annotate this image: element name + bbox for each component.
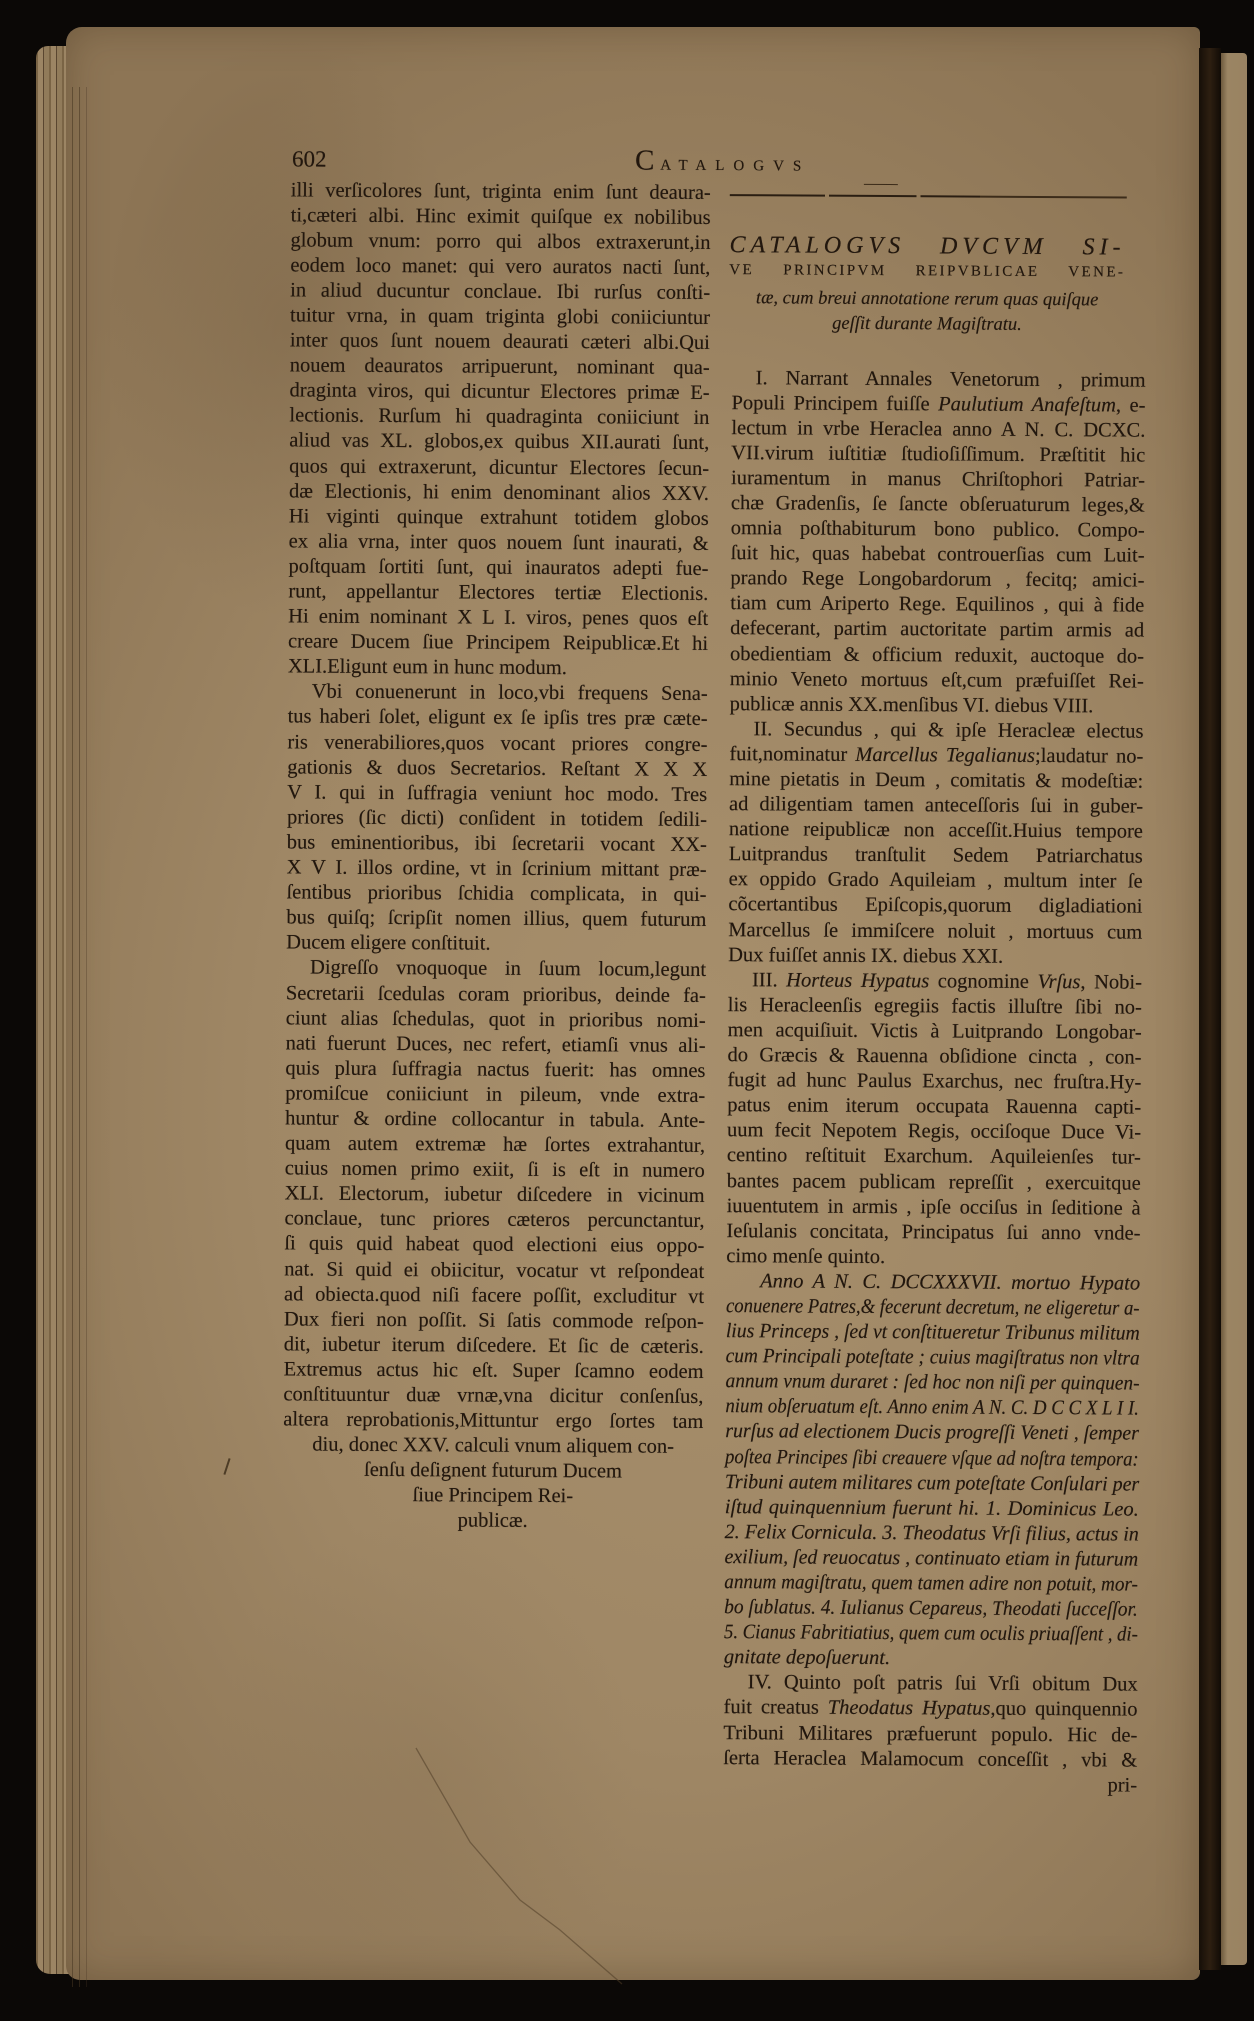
- text-run: fuit creatus: [723, 1697, 827, 1720]
- text-run: Populi Principem fuiſſe: [731, 392, 938, 415]
- text-line: mine pietatis in Deum , comitatis & mode…: [729, 767, 1143, 795]
- text-line: inter quos ſunt nouem deaurati cæteri al…: [290, 328, 710, 356]
- text-line: eodem loco manet: qui vero auratos nacti…: [290, 253, 710, 281]
- text-line: conſtituuntur duæ vrnæ,vna dicitur conſe…: [283, 1382, 703, 1410]
- text-line: 2. Felix Cornicula. 3. Theodatus Vrſi fi…: [725, 1520, 1130, 1548]
- italic-proper-name: Marcellus Tegalianus: [855, 744, 1035, 767]
- text-line: Marcellus ſe immiſcere noluit , mortuus …: [728, 918, 1142, 946]
- text-run: , e-: [1116, 394, 1146, 416]
- text-run: cognomine: [929, 970, 1037, 993]
- paragraph: IV. Quinto poſt patris ſui Vrſi obitum D…: [723, 1670, 1138, 1798]
- text-line: conuenere Patres,& fecerunt decretum, ne…: [726, 1294, 1104, 1321]
- text-line: ſi quis quid habeat quod electioni eius …: [284, 1232, 704, 1260]
- text-line: ſiue Principem Rei-: [283, 1483, 703, 1511]
- text-line: pri-: [723, 1771, 1137, 1799]
- text-run: ;laudatur no-: [1035, 745, 1143, 768]
- text-run: III.: [752, 969, 786, 991]
- text-line: Hi viginti quinque extrahunt totidem glo…: [289, 504, 709, 532]
- text-line: lis Heracleenſis egregiis factis illuſtr…: [728, 993, 1142, 1021]
- text-line: ſerta Heraclea Malamocum conceſſit , vbi…: [723, 1746, 1137, 1774]
- printed-content: 602 CATALOGVS CATALOGVS DVCVM SI- VE PRI…: [0, 0, 1254, 2021]
- title-subline-1: tæ, cum breui annotatione rerum quas qui…: [729, 286, 1125, 314]
- paragraph: Vbi conuenerunt in loco,vbi frequens Sen…: [286, 680, 708, 959]
- running-head: CATALOGVS: [635, 145, 811, 181]
- text-line: cõcertantibus Epiſcopis,quorum digladiat…: [728, 893, 1142, 921]
- paragraph: I. Narrant Annales Venetorum , primumPop…: [730, 366, 1146, 720]
- text-line: nat. Si quid ei obiicitur, vocatur vt re…: [284, 1257, 704, 1285]
- text-line: uum fecit Nepotem Regis, occiſoque Duce …: [727, 1118, 1141, 1146]
- text-line: bus quiſq; ſcripſit nomen illius, quem f…: [286, 906, 706, 934]
- text-line: poſtquam ſortiti ſunt, qui inauratos ade…: [288, 554, 708, 582]
- text-line: conclaue, tunc priores cæteros percuncta…: [284, 1207, 704, 1235]
- text-line: Ducem eligere conſtituit.: [286, 931, 706, 959]
- text-line: chæ Gradenſis, ſe ſancte obſeruaturum le…: [731, 491, 1145, 519]
- text-line: patus enim iterum occupata Rauenna capti…: [727, 1093, 1141, 1121]
- text-line: XLI.Eligunt eum in hunc modum.: [288, 655, 708, 683]
- rule-fragment: [864, 184, 898, 185]
- text-line: diu, donec XXV. calculi vnum aliquem con…: [283, 1433, 703, 1461]
- text-line: Hi enim nominant X L I. viros, penes quo…: [288, 604, 708, 632]
- text-line: dit, iubetur iterum diſcedere. Et ſic de…: [284, 1332, 704, 1360]
- text-line: huntur & ordine collocantur in tabula. A…: [285, 1106, 705, 1134]
- text-line: XLI. Electorum, iubetur diſcedere in vic…: [285, 1182, 705, 1210]
- text-line: III. Horteus Hypatus cognomine Vrſus, No…: [728, 968, 1142, 996]
- section-title: CATALOGVS DVCVM SI- VE PRINCIPVM REIPVBL…: [729, 233, 1126, 339]
- text-line: Tribuni Militares præfuerunt populo. Hic…: [723, 1721, 1137, 1749]
- text-line: promiſcue coniiciunt in pileum, vnde ext…: [285, 1081, 705, 1109]
- text-line: Digreſſo vnoquoque in ſuum locum,legunt: [286, 956, 706, 984]
- text-line: quos qui extraxerunt, dicuntur Electores…: [289, 454, 709, 482]
- text-line: annum magiſtratu, quem tamen adire non p…: [724, 1570, 1110, 1597]
- text-line: gationis & duos Secretarios. Reſtant X X…: [287, 755, 707, 783]
- text-line: gnitate depoſuerunt.: [724, 1645, 1138, 1673]
- text-line: altera reprobationis,Mittuntur ergo ſort…: [283, 1407, 703, 1435]
- text-line: fuit creatus Theodatus Hypatus,quo quinq…: [723, 1696, 1137, 1724]
- text-line: tus haberi ſolet, eligunt ex ſe ipſis tr…: [288, 705, 708, 733]
- text-line: minio Veneto mortuus eſt,cum præfuiſſet …: [730, 667, 1144, 695]
- text-line: priores (ſic dicti) conſident in totidem…: [287, 805, 707, 833]
- text-line: Tribuni autem militares cum poteſtate Co…: [725, 1470, 1127, 1498]
- text-line: Luitprandus tranſtulit Sedem Patriarchat…: [729, 842, 1143, 870]
- text-line: VII.virum iuſtitiæ ſtudioſiſſimum. Præſt…: [731, 441, 1145, 469]
- text-line: globum vnum: porro qui albos extraxerunt…: [290, 228, 710, 256]
- header-rule: [730, 194, 1127, 198]
- text-line: prando Rege Longobardorum , fecitq; amic…: [730, 566, 1144, 594]
- text-line: bo ſublatus. 4. Iulianus Cepareus, Theod…: [724, 1595, 1116, 1622]
- right-text-column: I. Narrant Annales Venetorum , primumPop…: [723, 366, 1146, 1799]
- text-line: nati fuerunt Duces, nec refert, etiamſi …: [286, 1031, 706, 1059]
- text-line: omnia poſthabiturum bono publico. Compo-: [731, 516, 1145, 544]
- title-subline-2: geſſit durante Magiſtratu.: [729, 311, 1125, 339]
- text-line: centino reſtituit Exarchum. Aquileienſes…: [727, 1143, 1141, 1171]
- text-line: men acquiſiuit. Victis à Luitprando Long…: [728, 1018, 1142, 1046]
- italic-proper-name: Vrſus: [1037, 971, 1080, 993]
- text-line: fugit ad hunc Paulus Exarchus, nec fruſt…: [727, 1068, 1141, 1096]
- text-line: bantes pacem publicam repreſſit , exercu…: [727, 1169, 1141, 1197]
- text-line: natione reipublicæ non acceſſit.Huius te…: [729, 817, 1143, 845]
- text-line: ex oppido Grado Aquileiam , multum inter…: [729, 867, 1143, 895]
- paragraph: II. Secundus , qui & ipſe Heracleæ elect…: [728, 717, 1144, 970]
- text-line: Secretarii ſcedulas coram prioribus, dei…: [286, 981, 706, 1009]
- text-line: ex alia vrna, inter quos nouem ſunt inau…: [289, 529, 709, 557]
- text-line: defecerant, partim auctoritate partim ar…: [730, 617, 1144, 645]
- text-line: Anno A N. C. DCCXXXVII. mortuo Hypato: [726, 1269, 1140, 1297]
- text-line: iuuentutem in armis , ipſe occiſus in ſe…: [727, 1194, 1141, 1222]
- text-line: cimo menſe quinto.: [726, 1244, 1140, 1272]
- text-line: lius Princeps , ſed vt conſtitueretur Tr…: [726, 1319, 1124, 1347]
- text-line: lectum in vrbe Heraclea anno A N. C. DCX…: [731, 416, 1145, 444]
- left-text-column: illi verſicolores ſunt, triginta enim ſu…: [283, 178, 711, 1536]
- text-line: tiam cum Ariperto Rege. Equilinos , qui …: [730, 591, 1144, 619]
- text-line: X V I. illos ordine, vt in ſcrinium mitt…: [287, 855, 707, 883]
- text-line: Ieſulanis concitata, Principatus ſui ann…: [726, 1219, 1140, 1247]
- text-line: Vbi conuenerunt in loco,vbi frequens Sen…: [288, 680, 708, 708]
- text-line: creare Ducem ſiue Principem Reipublicæ.E…: [288, 630, 708, 658]
- text-line: IV. Quinto poſt patris ſui Vrſi obitum D…: [724, 1670, 1138, 1698]
- text-line: ad diligentiam tamen anteceſſoris ſui in…: [729, 792, 1143, 820]
- text-line: dæ Electionis, hi enim denominant alios …: [289, 479, 709, 507]
- text-line: bus eminentioribus, ibi ſecretarii vocan…: [287, 830, 707, 858]
- text-line: ad obiecta.quod niſi facere poſſit, excl…: [284, 1282, 704, 1310]
- text-run: fuit,nominatur: [729, 743, 855, 766]
- text-line: ſuit hic, quas habebat controuerſias cum…: [731, 541, 1145, 569]
- title-line-2: VE PRINCIPVM REIPVBLICAE VENE-: [729, 258, 1125, 286]
- text-line: iſtud quinquennium fuerunt hi. 1. Domini…: [725, 1495, 1139, 1523]
- text-line: V I. qui in ſuffragia veniunt hoc modo. …: [287, 780, 707, 808]
- text-line: ti,cæteri albi. Hinc eximit quiſque ex n…: [291, 203, 711, 231]
- text-line: poſtea Principes ſibi creauere vſque ad …: [725, 1445, 1102, 1472]
- text-line: quam autem extremæ hæ ſortes extrahantur…: [285, 1131, 705, 1159]
- text-line: Extremus actus hic eſt. Super ſcamno eod…: [284, 1357, 704, 1385]
- text-line: Dux fieri non poſſit. Si ſatis commode r…: [284, 1307, 704, 1335]
- title-line-1: CATALOGVS DVCVM SI-: [729, 233, 1125, 261]
- text-line: cuius nomen primo exiit, ſi is eſt in nu…: [285, 1157, 705, 1185]
- text-line: illi verſicolores ſunt, triginta enim ſu…: [291, 178, 711, 206]
- text-line: lectionis. Rurſum hi quadraginta coniici…: [289, 404, 709, 432]
- text-line: rurſus ad electionem Ducis progreſſi Ven…: [725, 1420, 1127, 1448]
- text-line: publicæ.: [283, 1508, 703, 1536]
- text-run: , Nobi-: [1080, 971, 1142, 993]
- paragraph: Digreſſo vnoquoque in ſuum locum,leguntS…: [283, 956, 707, 1536]
- text-line: ris venerabiliores,quos vocant priores c…: [287, 730, 707, 758]
- text-line: in aliud ducuntur conclaue. Ibi rurſus c…: [290, 278, 710, 306]
- text-line: exilium, ſed reuocatus , continuato etia…: [724, 1545, 1126, 1573]
- text-line: cum Principali poteſtate ; cuius magiſtr…: [726, 1344, 1117, 1371]
- text-line: ſentibus prioribus ſchidia complicata, i…: [286, 881, 706, 909]
- text-line: publicæ annis XX.menſibus VI. diebus VII…: [730, 692, 1144, 720]
- text-line: iuramentum in manus Chriſtophori Patriar…: [731, 466, 1145, 494]
- paragraph: illi verſicolores ſunt, triginta enim ſu…: [288, 178, 711, 682]
- text-line: aliud vas XL. globos,ex quibus XII.aurat…: [289, 429, 709, 457]
- text-line: quis plura ſuffragia nactus fuerit: has …: [285, 1056, 705, 1084]
- text-line: annum vnum duraret : ſed hoc non niſi pe…: [725, 1369, 1117, 1396]
- text-line: runt, appellantur Electores tertiæ Elect…: [288, 579, 708, 607]
- text-line: nium obſeruatum eſt. Anno enim A N. C. D…: [725, 1394, 1106, 1421]
- text-line: fuit,nominatur Marcellus Tegalianus;laud…: [729, 742, 1143, 770]
- text-line: ſenſu deſignent futurum Ducem: [283, 1458, 703, 1486]
- text-line: 5. Cianus Fabritiatius, quem cum oculis …: [724, 1620, 1102, 1647]
- text-line: II. Secundus , qui & ipſe Heracleæ elect…: [729, 717, 1143, 745]
- italic-proper-name: Paulutium Anafeſtum: [938, 393, 1116, 416]
- paragraph: III. Horteus Hypatus cognomine Vrſus, No…: [726, 968, 1142, 1272]
- text-run: ,quo quinquennio: [990, 1698, 1137, 1721]
- text-line: Dux fuiſſet annis IX. diebus XXI.: [728, 943, 1142, 971]
- text-line: do Græcis & Rauenna obſidione cincta , c…: [727, 1043, 1141, 1071]
- text-line: draginta viros, qui dicuntur Electores p…: [290, 379, 710, 407]
- page-number: 602: [292, 144, 327, 174]
- italic-proper-name: Horteus Hypatus: [786, 969, 929, 992]
- text-line: nouem deauratos arripuerunt, nominant qu…: [290, 354, 710, 382]
- text-line: I. Narrant Annales Venetorum , primum: [732, 366, 1146, 394]
- text-line: tuitur vrna, in quam triginta globi coni…: [290, 303, 710, 331]
- text-line: Populi Principem fuiſſe Paulutium Anafeſ…: [731, 391, 1145, 419]
- italic-proper-name: Theodatus Hypatus: [828, 1697, 991, 1720]
- paragraph: Anno A N. C. DCCXXXVII. mortuo Hypatocon…: [724, 1269, 1140, 1673]
- text-line: ciunt alias ſchedulas, quot in prioribus…: [286, 1006, 706, 1034]
- text-line: obedientiam & officium reduxit, auctoque…: [730, 642, 1144, 670]
